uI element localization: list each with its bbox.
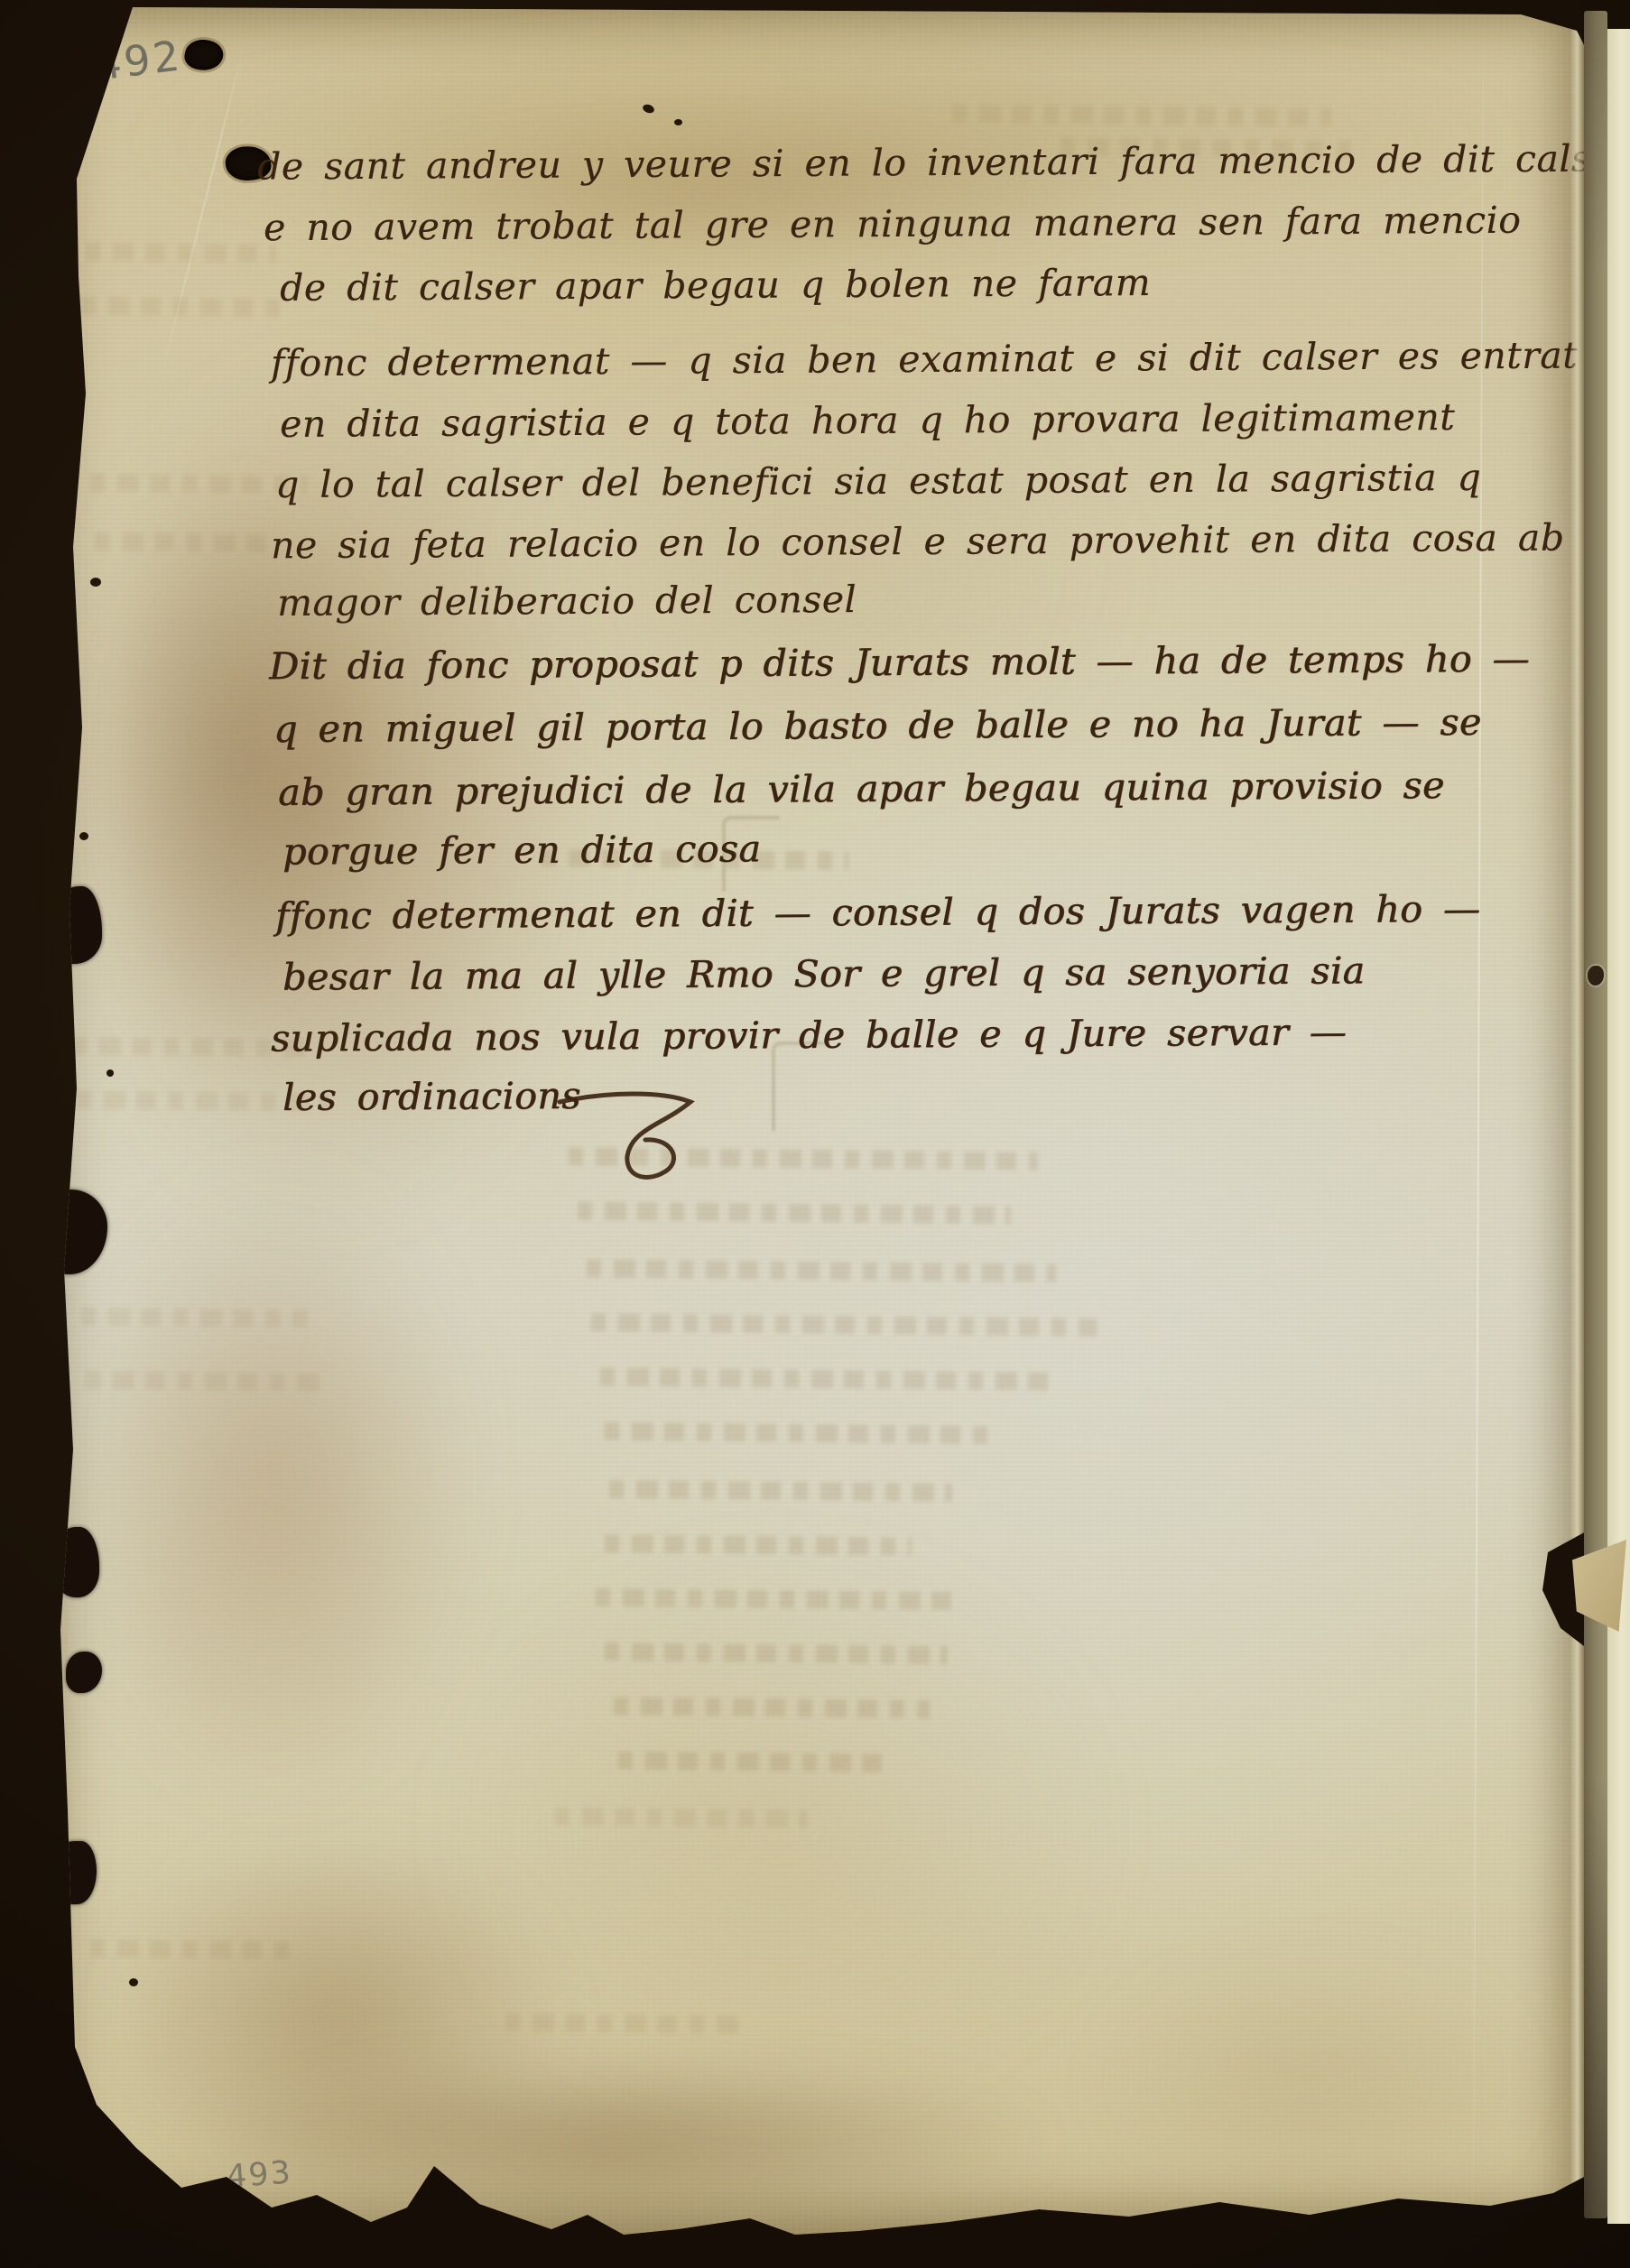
torn-edge-flap bbox=[1572, 1540, 1626, 1632]
ghost-text-line bbox=[596, 1588, 957, 1610]
ghost-text-line bbox=[618, 1751, 889, 1772]
page-edge-highlight bbox=[1570, 5, 1584, 2235]
ink-speck bbox=[674, 119, 682, 125]
manuscript-line: e no avem trobat tal gre en ninguna mane… bbox=[264, 199, 1522, 250]
manuscript-line: de sant andreu y veure si en lo inventar… bbox=[257, 136, 1630, 188]
manuscript-line: porgue fer en dita cosa bbox=[282, 827, 761, 873]
manuscript-line: besar la ma al ylle Rmo Sor e grel q sa … bbox=[282, 949, 1366, 998]
stain bbox=[68, 1161, 483, 1810]
ghost-text-line bbox=[95, 532, 275, 552]
manuscript-line: ab gran prejudici de la vila apar begau … bbox=[278, 764, 1445, 814]
ghost-text-line bbox=[609, 1480, 952, 1502]
manuscript-line: q en miguel gil porta lo basto de balle … bbox=[273, 700, 1482, 751]
ghost-text-line bbox=[86, 1371, 320, 1392]
ghost-text-line bbox=[555, 1808, 808, 1828]
manuscript-line: ffonc determenat — q sia ben examinat e … bbox=[271, 334, 1578, 385]
ink-blot bbox=[50, 1527, 99, 1597]
book-gutter-shadow bbox=[1584, 11, 1607, 2218]
next-page-edge bbox=[1607, 29, 1630, 2224]
manuscript-line: q lo tal calser del benefici sia estat p… bbox=[275, 456, 1482, 506]
ink-blot bbox=[50, 886, 102, 964]
stain bbox=[1088, 1946, 1539, 2217]
folio-number-bottom: 493 bbox=[226, 2155, 293, 2196]
ink-speck bbox=[79, 832, 88, 840]
ghost-text-line bbox=[605, 1643, 948, 1664]
manuscript-line: les ordinacions bbox=[282, 1074, 581, 1119]
ghost-text-line bbox=[605, 1534, 912, 1556]
manuscript-line: magor deliberacio del consel bbox=[277, 578, 857, 625]
ink-speck bbox=[90, 578, 101, 587]
ghost-text-line bbox=[505, 2013, 740, 2034]
ghost-text-line bbox=[86, 243, 275, 263]
stain bbox=[176, 2054, 1060, 2235]
ink-blot bbox=[51, 1841, 97, 1904]
manuscript-line: ffonc determenat en dit — consel q dos J… bbox=[275, 887, 1481, 938]
manuscript-line: ne sia feta relacio en lo consel e sera … bbox=[271, 516, 1565, 568]
manuscript-page: 492 493 de sant andreu y veure si en lo … bbox=[50, 5, 1584, 2235]
ink-speck bbox=[129, 1978, 138, 1986]
pen-flourish bbox=[555, 1075, 736, 1192]
scan-background: 492 493 de sant andreu y veure si en lo … bbox=[0, 0, 1630, 2268]
ghost-text-line bbox=[81, 1308, 307, 1328]
ghost-text-line bbox=[81, 297, 289, 317]
manuscript-line: Dit dia fonc proposat p dits Jurats molt… bbox=[269, 637, 1530, 689]
manuscript-line: de dit calser apar begau q bolen ne fara… bbox=[280, 261, 1151, 310]
ghost-text-line bbox=[614, 1697, 930, 1718]
ink-speck bbox=[107, 1069, 114, 1077]
binding-knot bbox=[1588, 966, 1604, 986]
manuscript-line: suplicada nos vula provir de balle e q J… bbox=[271, 1010, 1347, 1060]
ghost-text-line bbox=[90, 1939, 298, 1959]
manuscript-line: en dita sagristia e q tota hora q ho pro… bbox=[280, 395, 1455, 446]
